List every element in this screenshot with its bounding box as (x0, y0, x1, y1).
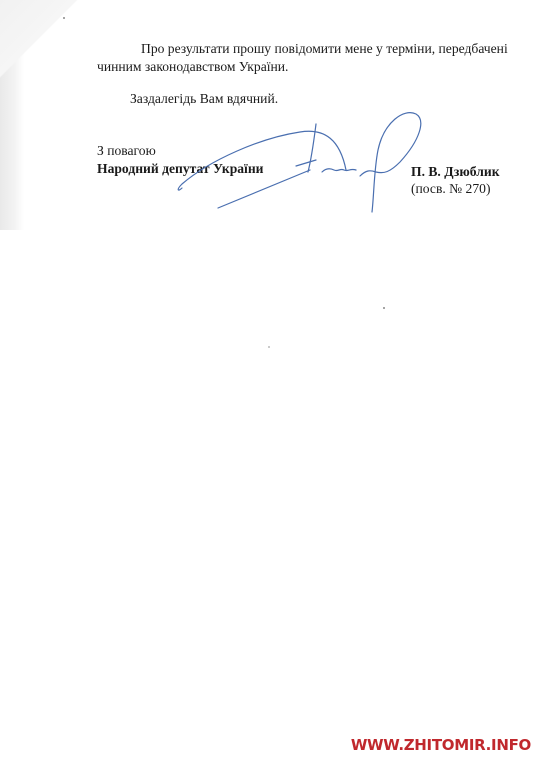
closing-greeting: З повагою (97, 142, 156, 160)
body-paragraph-line-1: Про результати прошу повідомити мене у т… (141, 40, 508, 58)
scan-corner-fold (0, 0, 80, 90)
scan-speck (63, 17, 65, 19)
site-watermark: WWW.ZHITOMIR.INFO (351, 736, 531, 754)
handwritten-signature-icon (170, 100, 430, 240)
scanned-letter-page: Про результати прошу повідомити мене у т… (0, 0, 543, 768)
body-paragraph-line-2: чинним законодавством України. (97, 58, 288, 76)
scan-speck (268, 346, 270, 348)
scan-speck (383, 307, 385, 309)
